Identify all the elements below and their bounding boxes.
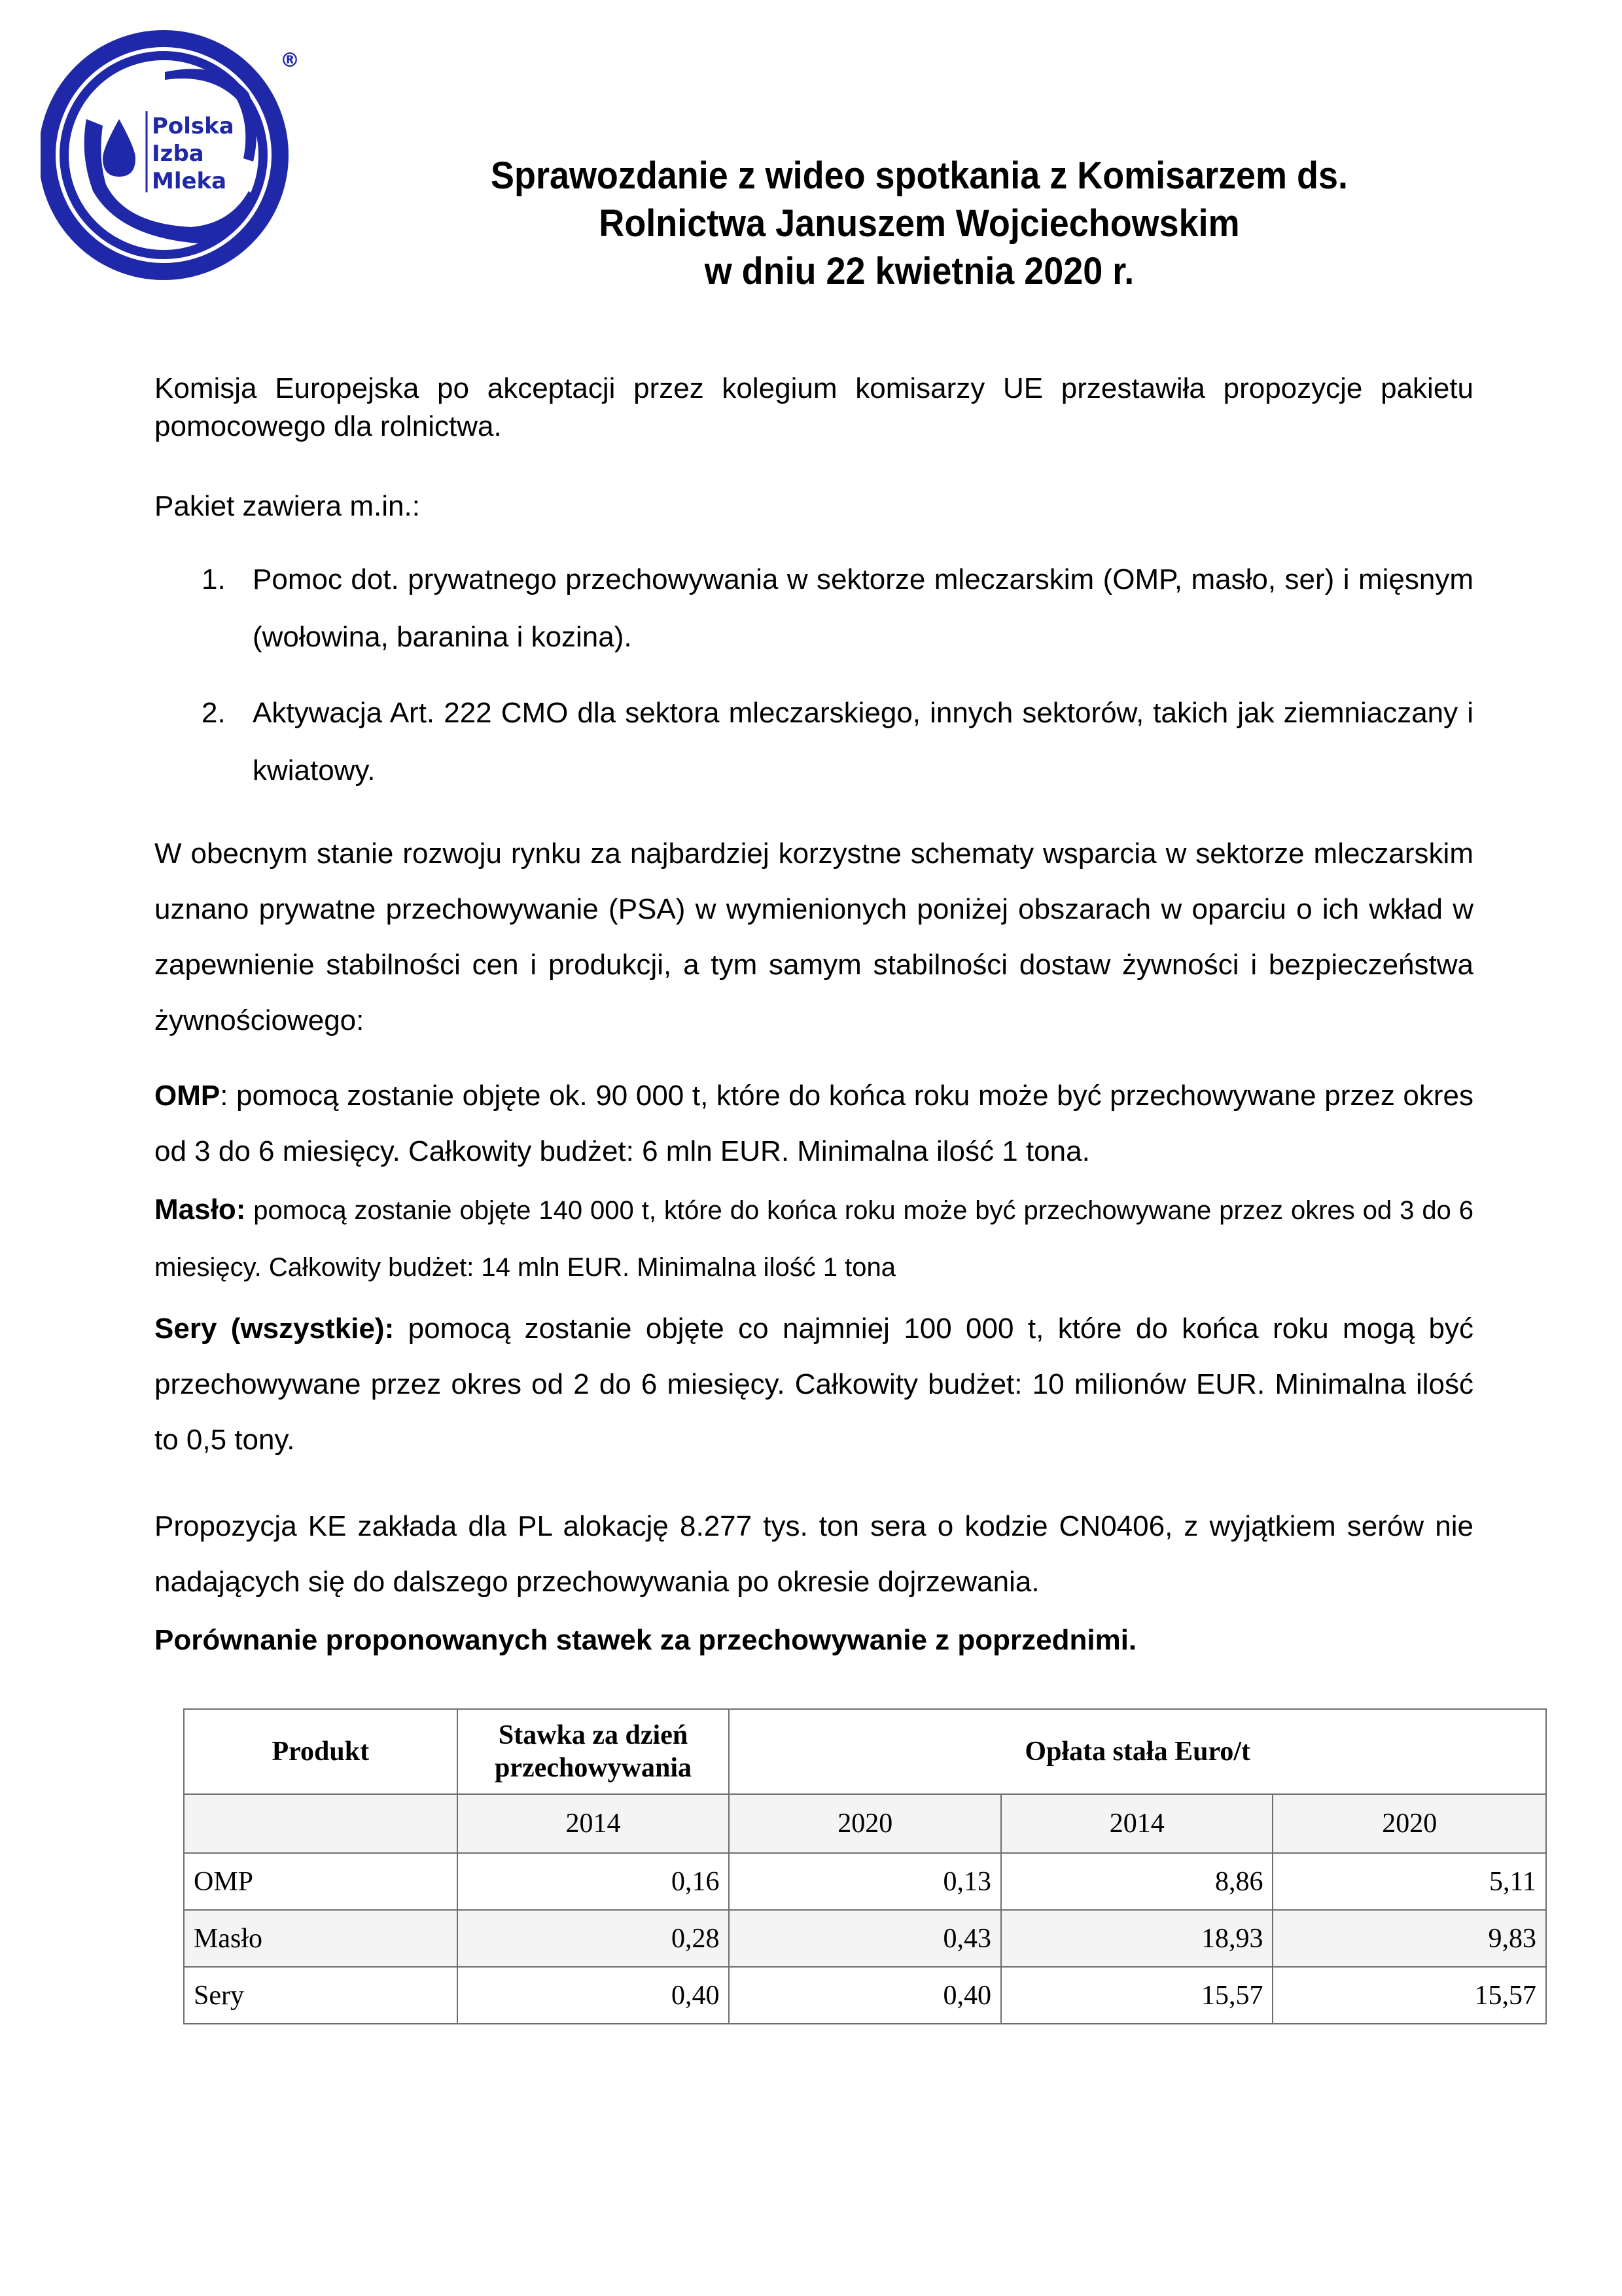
value-cell: 0,40 xyxy=(457,1967,730,2024)
product-cell: OMP xyxy=(184,1853,457,1910)
value-cell: 18,93 xyxy=(1001,1910,1273,1967)
header-daily-rate: Stawka za dzień przechowywania xyxy=(457,1709,730,1794)
package-label: Pakiet zawiera m.in.: xyxy=(154,487,1473,525)
svg-text:Izba: Izba xyxy=(152,141,204,167)
list-item: 1. Pomoc dot. prywatnego przechowywania … xyxy=(154,551,1473,666)
svg-text:Polska: Polska xyxy=(152,113,234,139)
year-cell xyxy=(184,1794,457,1853)
list-text: Aktywacja Art. 222 CMO dla sektora mlecz… xyxy=(253,697,1473,786)
milk-drop-icon xyxy=(103,119,135,177)
title-line-3: w dniu 22 kwietnia 2020 r. xyxy=(405,247,1434,295)
header-product: Produkt xyxy=(184,1709,457,1794)
value-cell: 8,86 xyxy=(1001,1853,1273,1910)
year-cell: 2014 xyxy=(1001,1794,1273,1853)
proposal-paragraph: Propozycja KE zakłada dla PL alokację 8.… xyxy=(154,1498,1473,1610)
value-cell: 0,28 xyxy=(457,1910,730,1967)
package-list: 1. Pomoc dot. prywatnego przechowywania … xyxy=(154,551,1473,800)
value-cell: 0,40 xyxy=(729,1967,1001,2024)
table-row: Sery 0,40 0,40 15,57 15,57 xyxy=(184,1967,1546,2024)
market-paragraph: W obecnym stanie rozwoju rynku za najbar… xyxy=(154,826,1473,1048)
value-cell: 5,11 xyxy=(1273,1853,1546,1910)
table-row: Masło 0,28 0,43 18,93 9,83 xyxy=(184,1910,1546,1967)
omp-text: : pomocą zostanie objęte ok. 90 000 t, k… xyxy=(154,1080,1473,1167)
value-cell: 0,43 xyxy=(729,1910,1001,1967)
table-row: OMP 0,16 0,13 8,86 5,11 xyxy=(184,1853,1546,1910)
value-cell: 15,57 xyxy=(1001,1967,1273,2024)
list-number: 2. xyxy=(202,684,226,742)
maslo-label: Masło: xyxy=(154,1193,245,1226)
omp-label: OMP xyxy=(154,1080,220,1112)
year-cell: 2014 xyxy=(457,1794,730,1853)
comparison-heading: Porównanie proponowanych stawek za przec… xyxy=(154,1621,1473,1659)
value-cell: 15,57 xyxy=(1273,1967,1546,2024)
maslo-text: pomocą zostanie objęte 140 000 t, które … xyxy=(154,1196,1473,1282)
year-cell: 2020 xyxy=(729,1794,1001,1853)
svg-text:Mleka: Mleka xyxy=(152,168,226,194)
omp-paragraph: OMP: pomocą zostanie objęte ok. 90 000 t… xyxy=(154,1068,1473,1179)
year-cell: 2020 xyxy=(1273,1794,1546,1853)
rates-comparison-table: Produkt Stawka za dzień przechowywania O… xyxy=(183,1708,1547,2024)
intro-paragraph: Komisja Europejska po akceptacji przez k… xyxy=(154,370,1473,446)
product-cell: Masło xyxy=(184,1910,457,1967)
title-line-1: Sprawozdanie z wideo spotkania z Komisar… xyxy=(405,152,1434,200)
list-text: Pomoc dot. prywatnego przechowywania w s… xyxy=(253,563,1473,653)
registered-mark-icon: ® xyxy=(280,49,300,72)
header-fixed-fee: Opłata stała Euro/t xyxy=(729,1709,1546,1794)
value-cell: 0,16 xyxy=(457,1853,730,1910)
table-header-row: Produkt Stawka za dzień przechowywania O… xyxy=(184,1709,1546,1794)
title-line-2: Rolnictwa Januszem Wojciechowskim xyxy=(405,200,1434,247)
sery-label: Sery (wszystkie): xyxy=(154,1313,394,1345)
document-title: Sprawozdanie z wideo spotkania z Komisar… xyxy=(405,152,1434,295)
list-number: 1. xyxy=(202,551,226,609)
sery-paragraph: Sery (wszystkie): pomocą zostanie objęte… xyxy=(154,1301,1473,1468)
value-cell: 9,83 xyxy=(1273,1910,1546,1967)
list-item: 2. Aktywacja Art. 222 CMO dla sektora ml… xyxy=(154,684,1473,800)
table-years-row: 2014 2020 2014 2020 xyxy=(184,1794,1546,1853)
maslo-paragraph: Masło: pomocą zostanie objęte 140 000 t,… xyxy=(154,1182,1473,1296)
value-cell: 0,13 xyxy=(729,1853,1001,1910)
polska-izba-mleka-logo: Polska Izba Mleka ® xyxy=(41,27,315,289)
product-cell: Sery xyxy=(184,1967,457,2024)
